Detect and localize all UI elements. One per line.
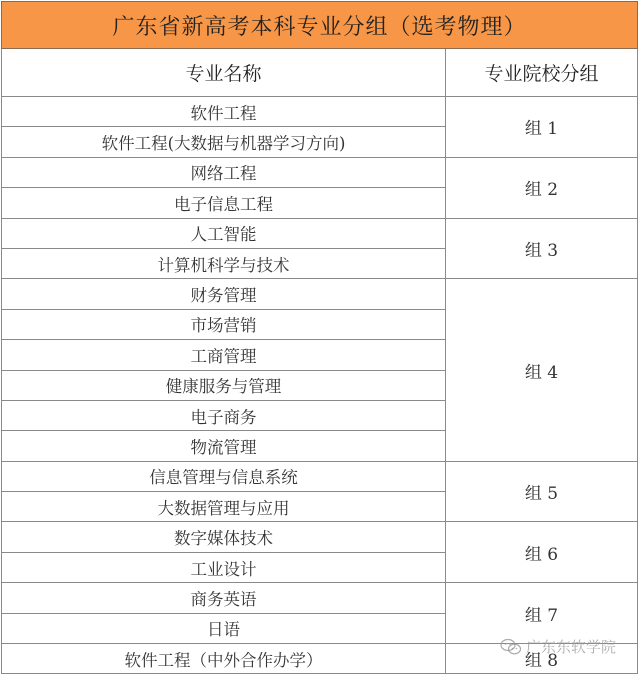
table-row: 软件工程（中外合作办学） 组 8 [2,644,638,674]
major-cell: 市场营销 [2,309,446,339]
group-cell: 组 4 [446,279,638,461]
major-cell: 数字媒体技术 [2,522,446,552]
table-row: 商务英语 组 7 [2,583,638,613]
table-row: 人工智能 组 3 [2,218,638,248]
major-cell: 软件工程(大数据与机器学习方向) [2,127,446,157]
table-row: 数字媒体技术 组 6 [2,522,638,552]
group-cell: 组 7 [446,583,638,644]
major-cell: 计算机科学与技术 [2,248,446,278]
major-cell: 日语 [2,613,446,643]
major-groups-table: 广东省新高考本科专业分组（选考物理） 专业名称 专业院校分组 软件工程 组 1 … [1,1,638,674]
group-cell: 组 6 [446,522,638,583]
table-row: 信息管理与信息系统 组 5 [2,461,638,491]
group-cell: 组 8 [446,644,638,674]
major-cell: 物流管理 [2,431,446,461]
table-row: 网络工程 组 2 [2,157,638,187]
table-row: 财务管理 组 4 [2,279,638,309]
major-cell: 电子商务 [2,400,446,430]
major-cell: 工商管理 [2,340,446,370]
major-cell: 信息管理与信息系统 [2,461,446,491]
table-title: 广东省新高考本科专业分组（选考物理） [2,2,638,49]
major-cell: 工业设计 [2,552,446,582]
major-cell: 商务英语 [2,583,446,613]
major-cell: 软件工程 [2,97,446,127]
group-cell: 组 5 [446,461,638,522]
table-row: 软件工程 组 1 [2,97,638,127]
group-cell: 组 1 [446,97,638,158]
major-cell: 大数据管理与应用 [2,492,446,522]
group-cell: 组 2 [446,157,638,218]
major-groups-table-container: 广东省新高考本科专业分组（选考物理） 专业名称 专业院校分组 软件工程 组 1 … [1,1,637,674]
header-group: 专业院校分组 [446,49,638,97]
major-cell: 网络工程 [2,157,446,187]
major-cell: 健康服务与管理 [2,370,446,400]
header-major-name: 专业名称 [2,49,446,97]
group-cell: 组 3 [446,218,638,279]
major-cell: 财务管理 [2,279,446,309]
table-body: 软件工程 组 1 软件工程(大数据与机器学习方向) 网络工程 组 2 电子信息工… [2,97,638,674]
major-cell: 软件工程（中外合作办学） [2,644,446,674]
table-title-row: 广东省新高考本科专业分组（选考物理） [2,2,638,49]
table-header-row: 专业名称 专业院校分组 [2,49,638,97]
major-cell: 电子信息工程 [2,188,446,218]
major-cell: 人工智能 [2,218,446,248]
